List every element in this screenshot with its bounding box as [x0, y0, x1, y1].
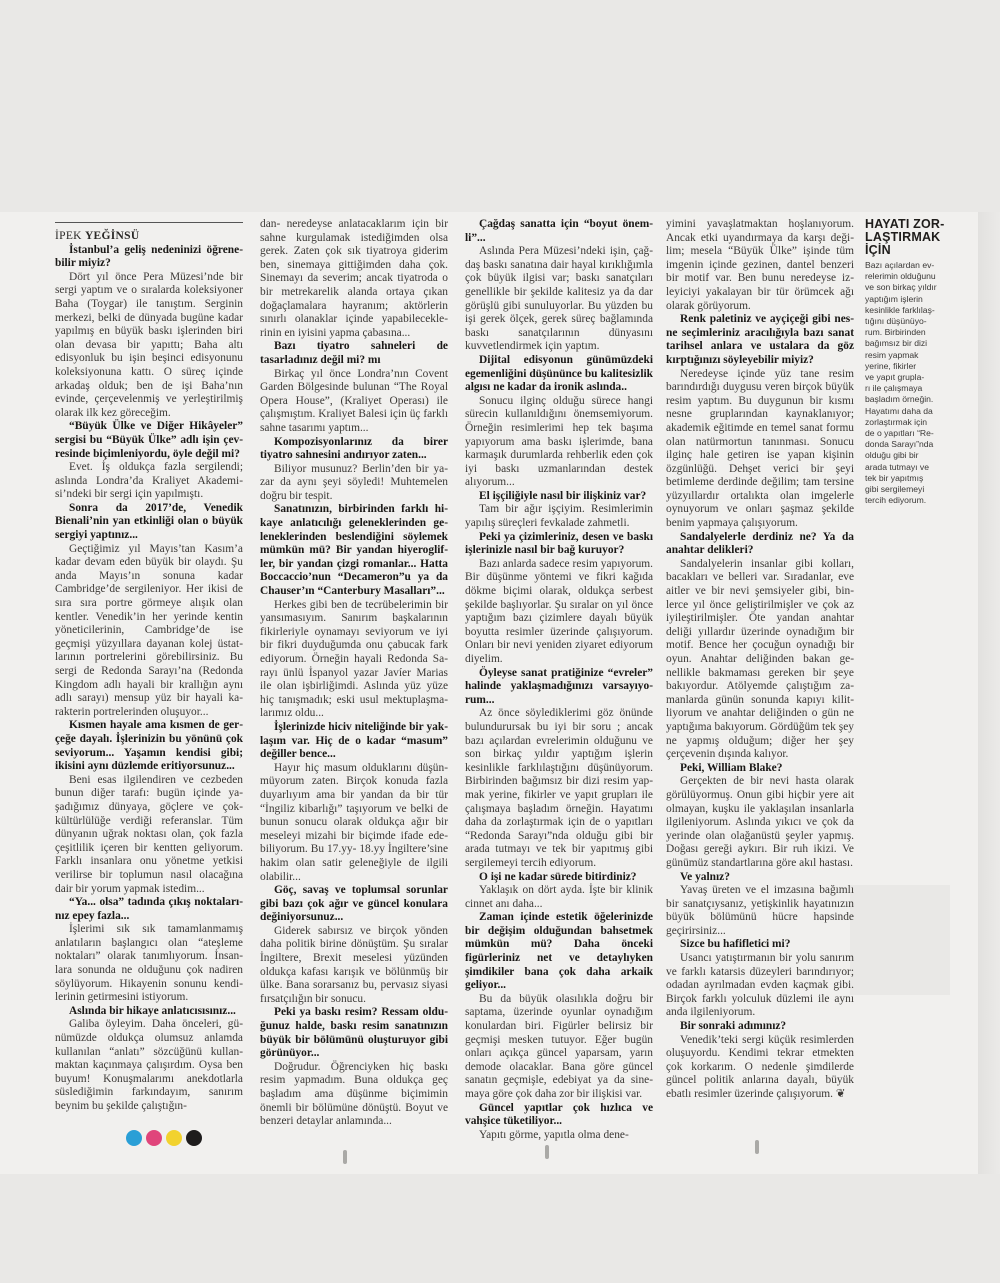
binding-mark-3: [755, 1140, 759, 1154]
interview-question: Sonra da 2017’de, Venedik Bienali’nin ya…: [55, 502, 243, 543]
pull-quote-title: HAYATI ZOR- LAŞTIRMAK İÇİN: [865, 218, 970, 257]
interview-question: Zaman içinde estetik öğelerinizde bir de…: [465, 911, 653, 993]
interview-question: Peki, William Blake?: [666, 762, 854, 776]
interview-question: Öyleyse sanat pratiğinize “evreler” hali…: [465, 667, 653, 708]
interview-question: Çağdaş sanatta için “boyut önem­li”...: [465, 218, 653, 245]
pull-quote-sidebar: HAYATI ZOR- LAŞTIRMAK İÇİN Bazı açılarda…: [865, 218, 970, 506]
cmyk-registration-marks: [126, 1130, 202, 1146]
yellow-dot-icon: [166, 1130, 182, 1146]
interview-answer: Biliyor musunuz? Berlin’den bir ya­zar d…: [260, 463, 448, 504]
interview-answer: dan- neredeyse anlatacaklarım için bir s…: [260, 218, 448, 340]
interview-question: Bazı tiyatro sahneleri de tasarladınız d…: [260, 340, 448, 367]
interview-question: Dijital edisyonun günümüzdeki ege­menliğ…: [465, 354, 653, 395]
magenta-dot-icon: [146, 1130, 162, 1146]
interview-answer: Gerçekten de bir nevi hasta olarak görül…: [666, 775, 854, 870]
author-byline: İPEK YEĞİNSÜ: [55, 230, 243, 244]
interview-answer: Beni esas ilgilendiren ve cezbeden bunun…: [55, 774, 243, 896]
interview-question: “Ya... olsa” tadında çıkış noktaları­nız…: [55, 896, 243, 923]
interview-question: Güncel yapıtlar çok hızlıca ve vahşi­ce …: [465, 1102, 653, 1129]
interview-answer: Herkes gibi ben de tecrübelerimin bir ya…: [260, 599, 448, 721]
interview-question: Kısmen hayale ama kısmen de ger­çeğe day…: [55, 719, 243, 773]
article-column-3: Çağdaş sanatta için “boyut önem­li”...As…: [465, 218, 653, 1142]
interview-question: Peki ya baskı resim? Ressam oldu­ğunuz h…: [260, 1006, 448, 1060]
column-body: yimini yavaşlatmaktan hoşlanıyorum. Anca…: [666, 218, 854, 1102]
page-edge-shadow: [978, 212, 1000, 1174]
interview-question: Sizce bu hafifletici mi?: [666, 938, 854, 952]
interview-answer: Evet. İş oldukça fazla sergilendi; aslın…: [55, 461, 243, 502]
author-last-name: YEĞİNSÜ: [85, 230, 140, 242]
interview-question: Bir sonraki adımınız?: [666, 1020, 854, 1034]
interview-answer: Yavaş üreten ve el imzasına bağımlı bir …: [666, 884, 854, 938]
interview-question: Aslında bir hikaye anlatıcısısınız...: [55, 1005, 243, 1019]
interview-answer: Sandalyelerin insanlar gibi kolları, bac…: [666, 558, 854, 762]
interview-answer: Hayır hiç masum olduklarını düşün­müyoru…: [260, 762, 448, 884]
cyan-dot-icon: [126, 1130, 142, 1146]
binding-mark-1: [343, 1150, 347, 1164]
interview-answer: İşlerimi sık sık tamamlanmamış anlatılar…: [55, 923, 243, 1005]
interview-answer: yimini yavaşlatmaktan hoşlanıyorum. Anca…: [666, 218, 854, 313]
interview-question: Sandalyelerle derdiniz ne? Ya da anahtar…: [666, 531, 854, 558]
interview-answer: Giderek sabırsız ve birçok yönden daha p…: [260, 925, 448, 1007]
interview-answer: Yaklaşık on dört ayda. İşte bir klinik c…: [465, 884, 653, 911]
column-body: Çağdaş sanatta için “boyut önem­li”...As…: [465, 218, 653, 1142]
interview-answer: Az önce söylediklerimi göz önünde bulund…: [465, 707, 653, 870]
interview-question: Renk paletiniz ve ayçiçeği gibi nes­ne s…: [666, 313, 854, 367]
interview-question: İşlerinizde hiciv niteliğinde bir yak­la…: [260, 721, 448, 762]
interview-answer: Usancı yatıştırmanın bir yolu sa­nırım v…: [666, 952, 854, 1020]
interview-question: Kompozisyonlarınız da birer tiyatro sahn…: [260, 436, 448, 463]
article-column-2: dan- neredeyse anlatacaklarım için bir s…: [260, 218, 448, 1129]
author-first-name: İPEK: [55, 230, 85, 242]
black-dot-icon: [186, 1130, 202, 1146]
interview-answer: Geçtiğimiz yıl Mayıs’tan Kasım’a kadar d…: [55, 543, 243, 720]
interview-question: Peki ya çizimleriniz, desen ve baskı işl…: [465, 531, 653, 558]
bleed-through-image: [850, 885, 950, 995]
article-column-1: İPEK YEĞİNSÜ İstanbul’a geliş nedeninizi…: [55, 216, 243, 1114]
interview-question: Göç, savaş ve toplumsal sorunlar gibi ba…: [260, 884, 448, 925]
interview-answer: Bu da büyük olasılıkla doğru bir saptama…: [465, 993, 653, 1102]
interview-answer: Aslında Pera Müzesi’ndeki işin, çağ­daş …: [465, 245, 653, 354]
top-rule: [55, 222, 243, 223]
column-body: İstanbul’a geliş nedeninizi öğrene­bilir…: [55, 244, 243, 1114]
interview-answer: Yapıtı görme, yapıtla olma dene-: [465, 1129, 653, 1143]
pull-quote-body: Bazı açılardan ev- relerimin olduğunu ve…: [865, 260, 970, 506]
binding-mark-2: [545, 1145, 549, 1159]
interview-answer: Sonucu ilginç olduğu sürece han­gi sürec…: [465, 395, 653, 490]
column-body: dan- neredeyse anlatacaklarım için bir s…: [260, 218, 448, 1129]
interview-question: İstanbul’a geliş nedeninizi öğrene­bilir…: [55, 244, 243, 271]
interview-question: Sanatınızın, birbirinden farklı hi­kaye …: [260, 503, 448, 598]
interview-answer: Venedik’teki sergi küçük resimler­den ol…: [666, 1034, 854, 1102]
interview-answer: Birkaç yıl önce Londra’nın Covent Garden…: [260, 368, 448, 436]
interview-question: El işçiliğiyle nasıl bir ilişkiniz var?: [465, 490, 653, 504]
interview-answer: Neredeyse içinde yüz tane resim barındır…: [666, 368, 854, 531]
interview-answer: Galiba öyleyim. Daha önceleri, gü­nümüzd…: [55, 1018, 243, 1113]
interview-question: “Büyük Ülke ve Diğer Hikâyeler” sergisi …: [55, 420, 243, 461]
interview-answer: Dört yıl önce Pera Müzesi’nde bir sergi …: [55, 271, 243, 421]
interview-question: Ve yalnız?: [666, 871, 854, 885]
interview-question: O işi ne kadar sürede bitirdiniz?: [465, 871, 653, 885]
article-column-4: yimini yavaşlatmaktan hoşlanıyorum. Anca…: [666, 218, 854, 1102]
interview-answer: Doğrudur. Öğrenciyken hiç baskı resim ya…: [260, 1061, 448, 1129]
interview-answer: Tam bir ağır işçiyim. Resimlerimin yapıl…: [465, 503, 653, 530]
interview-answer: Bazı anlarda sadece resim yapıyo­rum. Bi…: [465, 558, 653, 667]
